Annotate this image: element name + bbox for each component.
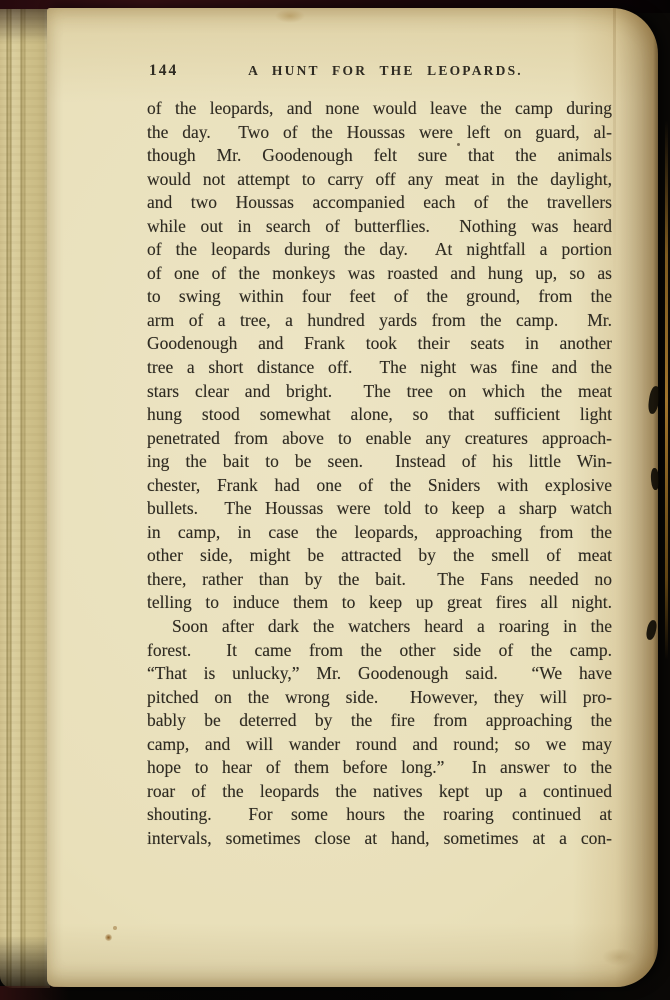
- text-line: and two Houssas accompanied each of the …: [147, 191, 612, 215]
- page-edge-notch: [650, 468, 660, 491]
- text-line: forest. It came from the other side of t…: [147, 639, 612, 663]
- stain: [275, 9, 305, 23]
- text-line: shouting. For some hours the roaring con…: [147, 803, 612, 827]
- text-line: in camp, in case the leopards, approachi…: [147, 521, 612, 545]
- text-line: to swing within four feet of the ground,…: [147, 285, 612, 309]
- text-line: pitched on the wrong side. However, they…: [147, 686, 612, 710]
- ink-speck: [457, 143, 460, 146]
- text-line: Soon after dark the watchers heard a roa…: [147, 615, 612, 639]
- text-line: stars clear and bright. The tree on whic…: [147, 380, 612, 404]
- text-line: would not attempt to carry off any meat …: [147, 168, 612, 192]
- body-text: of the leopards, and none would leave th…: [147, 97, 612, 851]
- book-page: 144 A HUNT FOR THE LEOPARDS. of the leop…: [47, 8, 658, 987]
- page-header: 144 A HUNT FOR THE LEOPARDS.: [147, 61, 612, 83]
- text-line: ing the bait to be seen. Instead of his …: [147, 450, 612, 474]
- text-line: camp, and will wander round and round; s…: [147, 733, 612, 757]
- text-line: while out in search of butterflies. Noth…: [147, 215, 612, 239]
- fore-edge-gold-highlight: [665, 120, 668, 660]
- text-line: chester, Frank had one of the Sniders wi…: [147, 474, 612, 498]
- text-line: bullets. The Houssas were told to keep a…: [147, 497, 612, 521]
- text-line: of the leopards, and none would leave th…: [147, 97, 612, 121]
- page-crease: [613, 8, 616, 288]
- stain: [105, 934, 112, 941]
- text-line: though Mr. Goodenough felt sure that the…: [147, 144, 612, 168]
- text-line: roar of the leopards the natives kept up…: [147, 780, 612, 804]
- text-line: penetrated from above to enable any crea…: [147, 427, 612, 451]
- text-line: of one of the monkeys was roasted and hu…: [147, 262, 612, 286]
- text-line: the day. Two of the Houssas were left on…: [147, 121, 612, 145]
- stain: [602, 948, 636, 966]
- text-line: Goodenough and Frank took their seats in…: [147, 332, 612, 356]
- text-line: bably be deterred by the fire from appro…: [147, 709, 612, 733]
- text-line: other side, might be attracted by the sm…: [147, 544, 612, 568]
- text-line: arm of a tree, a hundred yards from the …: [147, 309, 612, 333]
- text-line: hope to hear of them before long.” In an…: [147, 756, 612, 780]
- text-line: intervals, sometimes close at hand, some…: [147, 827, 612, 851]
- text-line: of the leopards during the day. At night…: [147, 238, 612, 262]
- stain: [113, 926, 117, 930]
- text-line: telling to induce them to keep up great …: [147, 591, 612, 615]
- text-line: tree a short distance off. The night was…: [147, 356, 612, 380]
- text-line: there, rather than by the bait. The Fans…: [147, 568, 612, 592]
- stacked-page-edges-left: [0, 9, 50, 988]
- book-scan: 144 A HUNT FOR THE LEOPARDS. of the leop…: [0, 0, 670, 1000]
- text-line: “That is unlucky,” Mr. Goodenough said. …: [147, 662, 612, 686]
- cover-bottom-tint: [0, 986, 70, 1000]
- text-line: hung stood somewhat alone, so that suffi…: [147, 403, 612, 427]
- running-header: A HUNT FOR THE LEOPARDS.: [147, 63, 612, 79]
